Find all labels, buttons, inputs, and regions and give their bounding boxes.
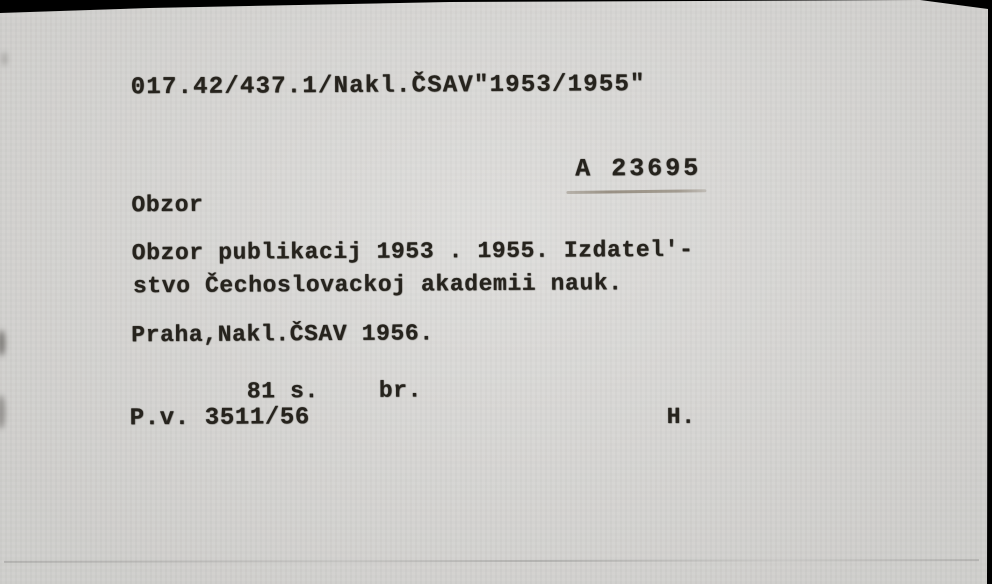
heading-entry: Obzor xyxy=(131,192,203,218)
accession-number: A 23695 xyxy=(575,154,701,184)
scanner-background: 017.42/437.1/Nakl.ČSAV"1953/1955" A 2369… xyxy=(0,0,992,584)
typed-text-block: 017.42/437.1/Nakl.ČSAV"1953/1955" A 2369… xyxy=(0,0,992,584)
edge-smudge xyxy=(2,52,7,66)
title-line-2: stvo Čechoslovackoj akademii nauk. xyxy=(133,270,623,299)
catalog-card: 017.42/437.1/Nakl.ČSAV"1953/1955" A 2369… xyxy=(0,0,992,584)
record-number: P.v. 3511/56 xyxy=(130,404,310,432)
imprint-line: Praha,Nakl.ČSAV 1956. xyxy=(131,320,434,348)
call-number: 017.42/437.1/Nakl.ČSAV"1953/1955" xyxy=(131,71,646,101)
title-line-1: Obzor publikacij 1953 . 1955. Izdatel'- xyxy=(132,237,694,266)
collation-pages: 81 s. xyxy=(247,378,319,404)
cataloguer-initial: H. xyxy=(667,404,696,430)
accession-underline xyxy=(566,189,706,194)
binding-note: br. xyxy=(379,377,422,403)
